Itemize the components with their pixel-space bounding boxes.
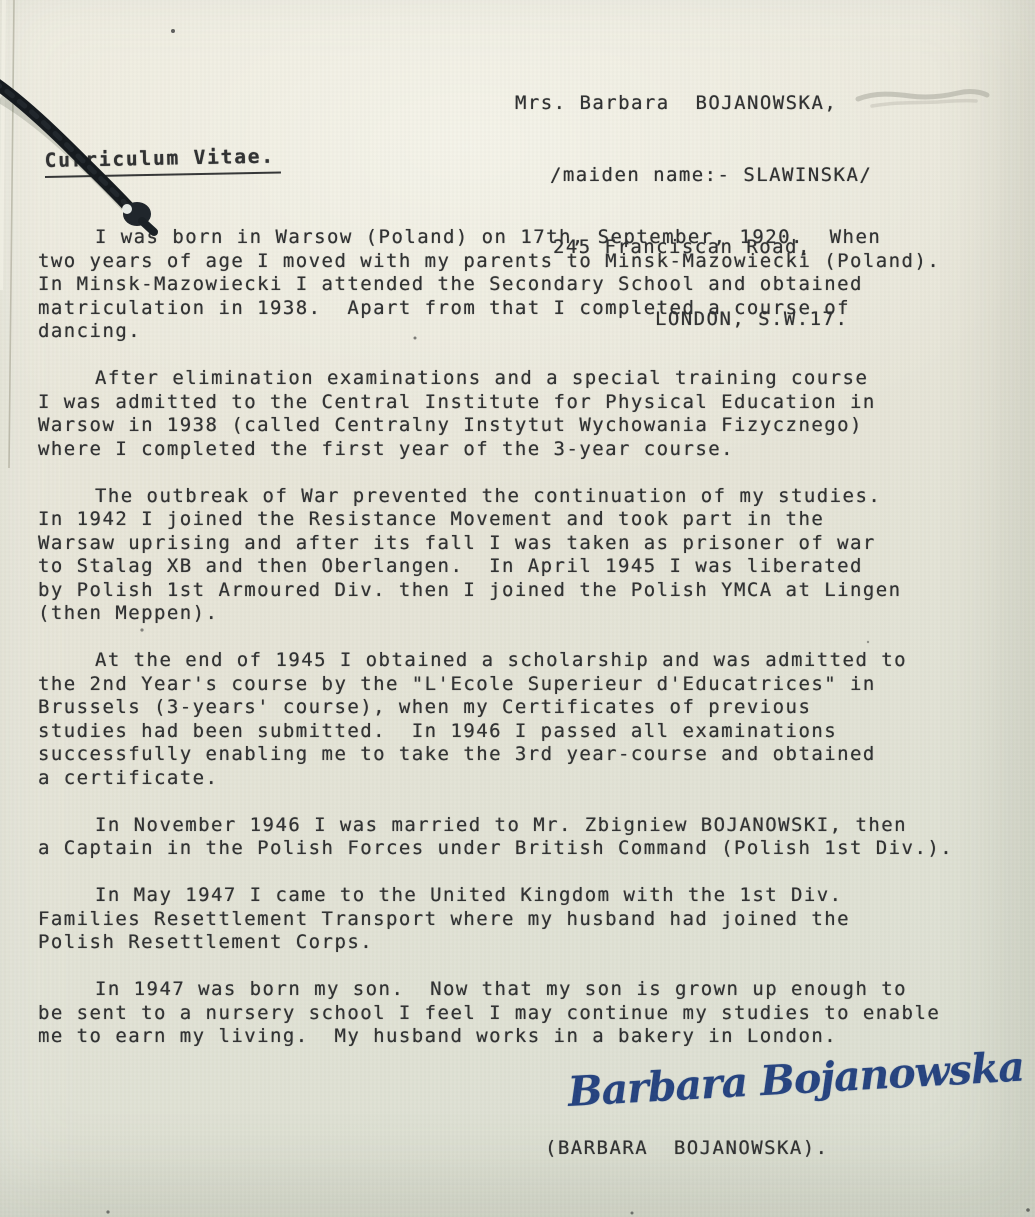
document-heading: Curriculum Vitae. [44, 144, 281, 177]
cv-paragraph-scholarship: At the end of 1945 I obtained a scholars… [38, 649, 966, 790]
paper-crease [1, 0, 14, 468]
cv-paragraph-uk-arrival: In May 1947 I came to the United Kingdom… [38, 884, 966, 955]
recipient-name-line: Mrs. Barbara BOJANOWSKA, [515, 91, 872, 116]
cv-paragraph-education: After elimination examinations and a spe… [38, 367, 966, 461]
cv-paragraph-war: The outbreak of War prevented the contin… [38, 485, 966, 626]
cv-paragraph-marriage: In November 1946 I was married to Mr. Zb… [38, 814, 966, 861]
scanned-document-page: Mrs. Barbara BOJANOWSKA, /maiden name:- … [0, 0, 1035, 1217]
cv-paragraph-birth: I was born in Warsow (Poland) on 17th, S… [38, 226, 966, 344]
pencil-smudge [858, 92, 987, 106]
cv-paragraph-son: In 1947 was born my son. Now that my son… [38, 978, 966, 1049]
cv-body-text: I was born in Warsow (Poland) on 17th, S… [38, 226, 966, 1072]
typed-signature-name: (BARBARA BOJANOWSKA). [545, 1137, 829, 1161]
maiden-name-line: /maiden name:- SLAWINSKA/ [550, 163, 872, 188]
